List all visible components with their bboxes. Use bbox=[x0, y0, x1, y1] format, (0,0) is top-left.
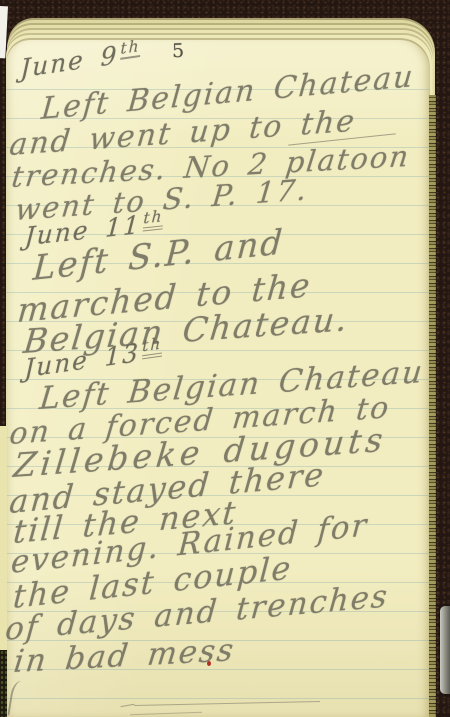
handwriting-line: in bad mess bbox=[12, 635, 237, 678]
pencil-scribble bbox=[119, 698, 134, 707]
pencil-scribble bbox=[134, 701, 320, 706]
date-suffix: th bbox=[143, 207, 165, 231]
red-dot-mark bbox=[207, 661, 211, 666]
date-text: June 9 bbox=[20, 40, 119, 83]
entry-date: June 9th bbox=[20, 39, 141, 82]
scanned-notebook-page: 5 June 9th Left Belgian Chateau and went… bbox=[0, 0, 450, 717]
date-suffix: th bbox=[120, 37, 141, 60]
date-suffix: th bbox=[142, 334, 163, 359]
cutoff-pen-stroke bbox=[7, 680, 32, 717]
page-number: 5 bbox=[172, 42, 185, 61]
pencil-scribble bbox=[130, 712, 202, 716]
handwriting-layer: 5 June 9th Left Belgian Chateau and went… bbox=[0, 0, 450, 717]
